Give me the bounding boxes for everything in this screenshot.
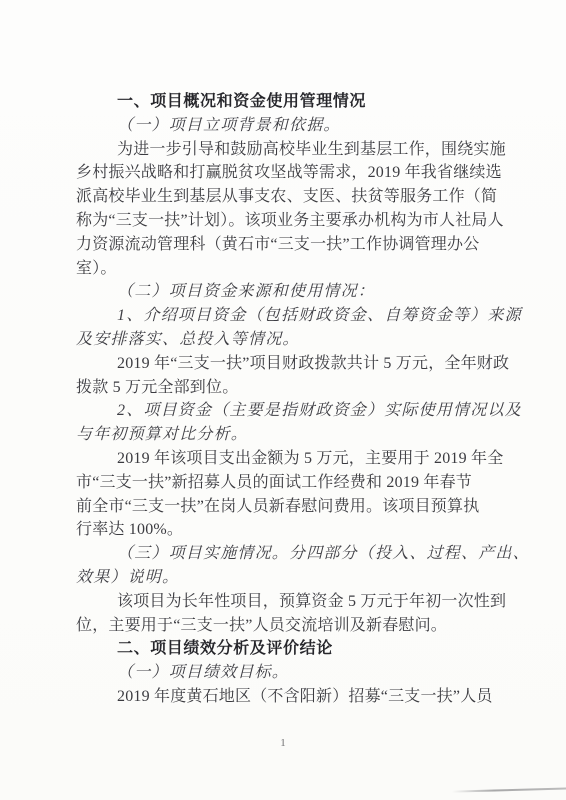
scan-artifact-line (452, 787, 566, 792)
document-line: （一）项目立项背景和依据。 (76, 114, 506, 138)
document-line: 一、项目概况和资金使用管理情况 (76, 90, 506, 114)
document-line: （一）项目绩效目标。 (76, 661, 506, 685)
document-line: 与年初预算对比分析。 (76, 423, 506, 447)
document-line: 1、介绍项目资金（包括财政资金、自筹资金等）来源 (76, 304, 506, 328)
document-line: 2019 年“三支一扶”项目财政拨款共计 5 万元，全年财政 (76, 352, 506, 376)
document-text-block: 一、项目概况和资金使用管理情况（一）项目立项背景和依据。为进一步引导和鼓励高校毕… (76, 90, 506, 709)
document-line: 拨款 5 万元全部到位。 (76, 376, 506, 400)
scanned-document-page: 一、项目概况和资金使用管理情况（一）项目立项背景和依据。为进一步引导和鼓励高校毕… (0, 0, 566, 800)
document-line: 为进一步引导和鼓励高校毕业生到基层工作，围绕实施 (76, 138, 506, 162)
document-line: 2019 年度黄石地区（不含阳新）招募“三支一扶”人员 (76, 685, 506, 709)
document-line: 该项目为长年性项目，预算资金 5 万元于年初一次性到 (76, 590, 506, 614)
document-line: 效果）说明。 (76, 566, 506, 590)
document-line: 位，主要用于“三支一扶”人员交流培训及新春慰问。 (76, 614, 506, 638)
document-line: （二）项目资金来源和使用情况： (76, 280, 506, 304)
page-number: 1 (0, 737, 566, 749)
document-line: 及安排落实、总投入等情况。 (76, 328, 506, 352)
document-line: 力资源流动管理科（黄石市“三支一扶”工作协调管理办公 (76, 233, 506, 257)
document-line: 称为“三支一扶”计划）。该项业务主要承办机构为市人社局人 (76, 209, 506, 233)
document-line: 2、项目资金（主要是指财政资金）实际使用情况以及 (76, 399, 506, 423)
document-line: （三）项目实施情况。分四部分（投入、过程、产出、 (76, 542, 506, 566)
document-line: 派高校毕业生到基层从事支农、支医、扶贫等服务工作（简 (76, 185, 506, 209)
document-line: 2019 年该项目支出金额为 5 万元，主要用于 2019 年全 (76, 447, 506, 471)
document-line: 行率达 100%。 (76, 518, 506, 542)
document-line: 前全市“三支一扶”在岗人员新春慰问费用。该项目预算执 (76, 495, 506, 519)
document-line: 乡村振兴战略和打赢脱贫攻坚战等需求，2019 年我省继续选 (76, 161, 506, 185)
document-line: 市“三支一扶”新招募人员的面试工作经费和 2019 年春节 (76, 471, 506, 495)
document-line: 室）。 (76, 257, 506, 281)
document-line: 二、项目绩效分析及评价结论 (76, 637, 506, 661)
